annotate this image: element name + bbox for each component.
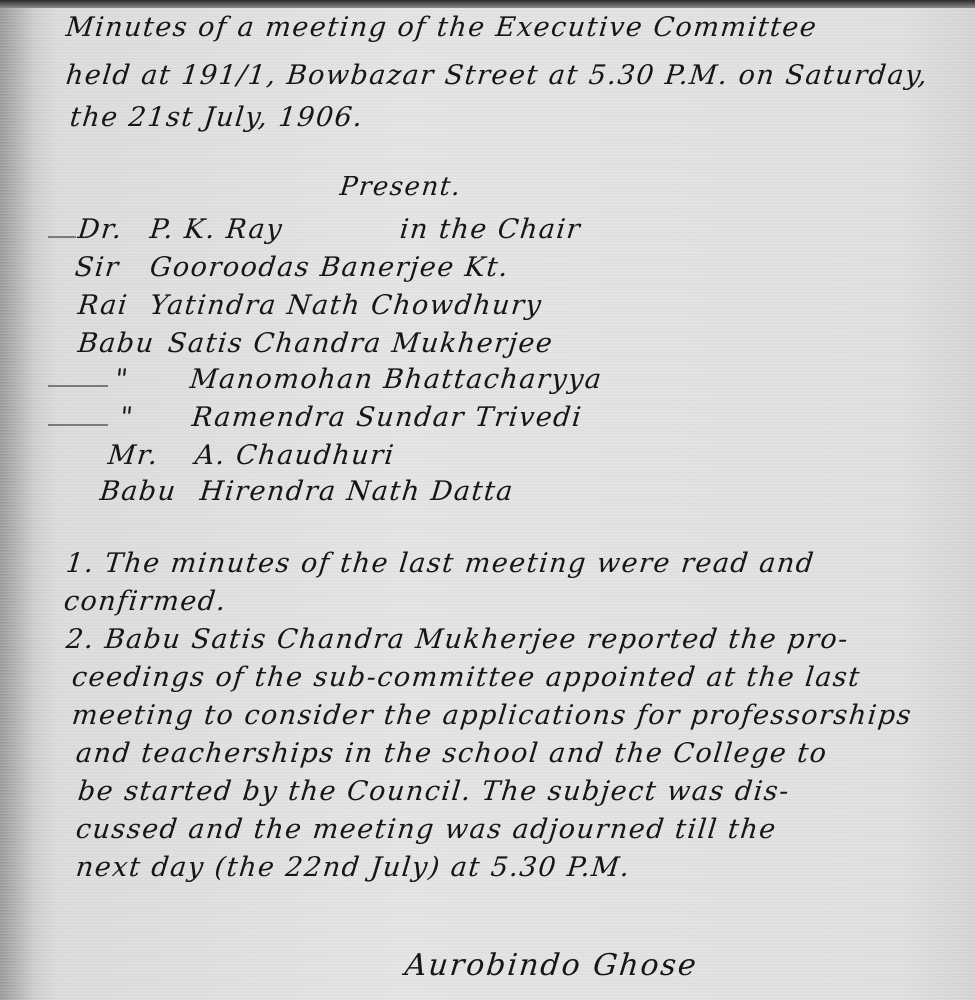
attendee-7-name: A. Chaudhuri bbox=[193, 440, 396, 471]
attendee-5-title: " bbox=[113, 364, 130, 395]
header-line-1: Minutes of a meeting of the Executive Co… bbox=[64, 12, 819, 43]
attendee-4-name: Satis Chandra Mukherjee bbox=[166, 328, 555, 359]
attendee-1-title: Dr. bbox=[76, 214, 124, 245]
body-line-4: ceedings of the sub-committee appointed … bbox=[70, 662, 862, 693]
attendee-6-name: Ramendra Sundar Trivedi bbox=[190, 402, 583, 433]
attendee-5-name: Manomohan Bhattacharyya bbox=[188, 364, 604, 395]
attendee-8-name: Hirendra Nath Datta bbox=[198, 476, 515, 507]
header-line-3: the 21st July, 1906. bbox=[68, 102, 365, 133]
margin-dash bbox=[48, 424, 108, 426]
attendee-6-title: " bbox=[118, 402, 135, 433]
body-line-3: 2. Babu Satis Chandra Mukherjee reported… bbox=[64, 624, 850, 655]
attendee-3-title: Rai bbox=[76, 290, 129, 321]
body-line-7: be started by the Council. The subject w… bbox=[76, 776, 791, 807]
attendee-3-name: Yatindra Nath Chowdhury bbox=[148, 290, 544, 321]
attendee-4-title: Babu bbox=[76, 328, 156, 359]
body-line-8: cussed and the meeting was adjourned til… bbox=[74, 814, 778, 845]
header-line-2: held at 191/1, Bowbazar Street at 5.30 P… bbox=[64, 60, 930, 91]
attendee-2-name: Gooroodas Banerjee Kt. bbox=[148, 252, 510, 283]
photo-top-edge bbox=[0, 0, 975, 8]
body-line-5: meeting to consider the applications for… bbox=[70, 700, 913, 731]
attendee-8-title: Babu bbox=[98, 476, 178, 507]
body-line-2: confirmed. bbox=[62, 586, 228, 617]
attendee-1-note: in the Chair bbox=[398, 214, 582, 245]
attendee-7-title: Mr. bbox=[106, 440, 160, 471]
margin-dash bbox=[48, 236, 76, 238]
body-line-6: and teacherships in the school and the C… bbox=[74, 738, 829, 769]
attendee-2-title: Sir bbox=[73, 252, 121, 283]
attendee-1-name: P. K. Ray bbox=[148, 214, 284, 245]
margin-dash bbox=[48, 385, 108, 387]
signature: Aurobindo Ghose bbox=[403, 948, 699, 983]
body-line-9: next day (the 22nd July) at 5.30 P.M. bbox=[74, 852, 632, 883]
present-heading: Present. bbox=[338, 172, 463, 202]
manuscript-page: Minutes of a meeting of the Executive Co… bbox=[0, 0, 975, 1000]
body-line-1: 1. The minutes of the last meeting were … bbox=[64, 548, 816, 579]
